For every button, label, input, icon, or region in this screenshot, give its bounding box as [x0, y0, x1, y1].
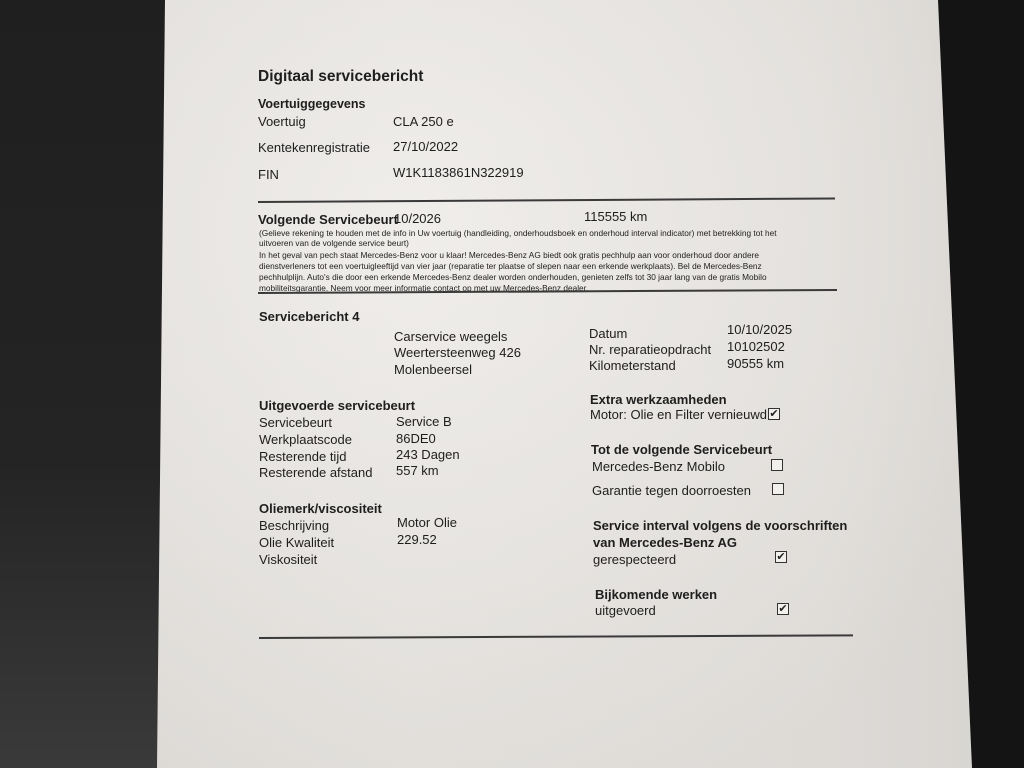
rust-warranty-checkbox[interactable]: [772, 483, 784, 495]
oil-description-label: Beschrijving: [259, 518, 329, 533]
next-service-distance: 115555 km: [584, 209, 647, 224]
remaining-time-value: 243 Dagen: [396, 447, 460, 462]
mobilo-line-2: dienstverleners tot een voertuigleeftijd…: [259, 261, 762, 272]
remaining-distance-value: 557 km: [396, 463, 439, 478]
oil-filter-checkbox[interactable]: ✔: [768, 408, 780, 420]
mobilo-checkbox[interactable]: [771, 459, 783, 471]
next-service-label: Volgende Servicebeurt: [258, 212, 398, 227]
workshop-code-value: 86DE0: [396, 431, 436, 446]
fin-value: W1K1183861N322919: [393, 165, 524, 180]
remaining-distance-label: Resterende afstand: [259, 465, 372, 480]
vehicle-value: CLA 250 e: [393, 114, 454, 129]
fin-label: FIN: [258, 167, 279, 182]
viscosity-label: Viskositeit: [259, 552, 317, 567]
mileage-label: Kilometerstand: [589, 358, 676, 373]
date-value: 10/10/2025: [727, 322, 792, 337]
respected-checkbox[interactable]: ✔: [775, 551, 787, 563]
until-next-heading: Tot de volgende Servicebeurt: [591, 442, 772, 457]
interval-heading-line-1: Service interval volgens de voorschrifte…: [593, 518, 847, 533]
respected-label: gerespecteerd: [593, 552, 676, 567]
extra-work-item-label: Motor: Olie en Filter vernieuwd: [590, 407, 767, 422]
performed-checkbox[interactable]: ✔: [777, 603, 789, 615]
oil-description-value: Motor Olie: [397, 515, 457, 530]
rust-warranty-label: Garantie tegen doorroesten: [592, 483, 751, 498]
next-service-note-line-2: uitvoeren van de volgende service beurt): [259, 238, 409, 249]
next-service-date: 10/2026: [394, 211, 441, 226]
repair-order-value: 10102502: [727, 339, 785, 354]
oil-quality-value: 229.52: [397, 532, 437, 547]
service-report-heading: Servicebericht 4: [259, 309, 359, 324]
address-line-2: Weertersteenweg 426: [394, 345, 521, 360]
remaining-time-label: Resterende tijd: [259, 449, 346, 464]
vehicle-heading: Voertuiggegevens: [258, 97, 365, 112]
performed-label: uitgevoerd: [595, 603, 656, 618]
additional-heading: Bijkomende werken: [595, 587, 717, 602]
mileage-value: 90555 km: [727, 356, 784, 371]
registration-value: 27/10/2022: [393, 139, 458, 154]
interval-heading-line-2: van Mercedes-Benz AG: [593, 535, 737, 550]
performed-service-value: Service B: [396, 414, 452, 429]
registration-label: Kentekenregistratie: [258, 140, 370, 155]
next-service-note-line-1: (Gelieve rekening te houden met de info …: [259, 228, 777, 239]
address-line-3: Molenbeersel: [394, 362, 472, 377]
repair-order-label: Nr. reparatieopdracht: [589, 342, 711, 357]
oil-heading: Oliemerk/viscositeit: [259, 501, 382, 516]
performed-service-label: Servicebeurt: [259, 415, 332, 430]
mobilo-line-3: pechhulplijn. Auto's die door een erkend…: [259, 272, 767, 283]
background-left: [0, 0, 170, 768]
mobilo-label: Mercedes-Benz Mobilo: [592, 459, 725, 474]
workshop-code-label: Werkplaatscode: [259, 432, 352, 447]
vehicle-label: Voertuig: [258, 114, 306, 129]
extra-work-heading: Extra werkzaamheden: [590, 392, 727, 407]
date-label: Datum: [589, 326, 627, 341]
document-title: Digitaal servicebericht: [258, 69, 423, 84]
address-line-1: Carservice weegels: [394, 329, 507, 344]
performed-heading: Uitgevoerde servicebeurt: [259, 398, 415, 413]
oil-quality-label: Olie Kwaliteit: [259, 535, 334, 550]
mobilo-line-1: In het geval van pech staat Mercedes-Ben…: [259, 250, 759, 261]
